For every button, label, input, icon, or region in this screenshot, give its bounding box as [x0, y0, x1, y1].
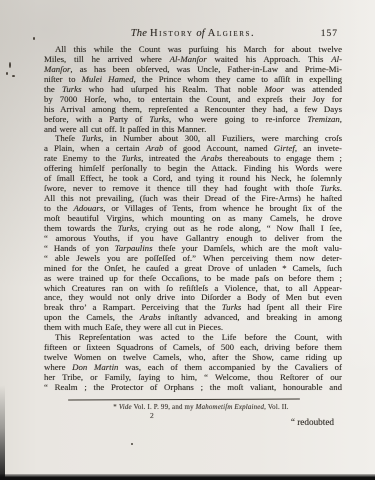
text-segment: Turks	[149, 114, 169, 124]
text-segment: Mulei Hamed	[82, 74, 134, 84]
text-segment: Al-	[331, 54, 342, 64]
text-segment: Girtef	[274, 143, 295, 153]
footnote-text: * Vide Vol. I. P. 99, and my Mahometiſm …	[56, 404, 346, 411]
ink-speck	[12, 75, 15, 77]
text-segment: of ſmall Effect, he took a Cord, and tyi…	[44, 173, 342, 183]
text-segment: , an invete-	[295, 143, 342, 153]
bottom-edge-shadow	[0, 474, 375, 480]
text-segment: , or Villages of Tents, from whence he b…	[103, 203, 342, 213]
text-segment: had ſpent all their Fire	[241, 302, 342, 312]
text-segment: Mahometiſm Explained	[196, 404, 265, 411]
text-segment: Tarpaulins	[115, 243, 153, 253]
text-segment: where	[44, 362, 72, 372]
text-segment: Arab	[146, 143, 164, 153]
text-segment: break thro’ a Rampart. Perceiving that t…	[44, 302, 222, 312]
text-segment: fifteen or ſixteen Squadrons of Camels, …	[44, 342, 342, 352]
text-segment: History	[150, 28, 194, 39]
footnote-rule	[68, 398, 300, 400]
text-segment: ance, they would not only drive into Diſ…	[44, 292, 342, 302]
text-segment: Vol. I. P. 99, and my	[132, 404, 196, 411]
text-segment: was, each of them accompanied by the Cav…	[118, 362, 342, 372]
text-segment: by 7000 Horſe, who, to entertain the Cou…	[44, 94, 342, 104]
text-segment: the	[44, 84, 62, 94]
text-segment: , crying out as he rode along, “ Now ſha…	[137, 223, 342, 233]
text-line: “ Realm ; the Protector of Orphans ; the…	[44, 383, 342, 393]
text-segment: The	[131, 28, 150, 39]
text-segment: Don Martin	[72, 362, 118, 372]
running-title: The History of Algiers.	[44, 28, 342, 39]
text-segment: Turks	[62, 84, 82, 94]
text-segment: , Vol. II.	[264, 404, 289, 411]
text-segment: niſter to	[44, 74, 82, 84]
text-segment: to the	[44, 203, 73, 213]
text-segment: of	[194, 28, 208, 39]
text-segment: Vide	[119, 404, 132, 411]
text-segment: Miles, till he arrived where	[44, 54, 170, 64]
text-segment: inſtantly advanced, and breaking in amon…	[161, 312, 342, 322]
text-segment: “ Hands of yon	[44, 243, 115, 253]
catchword: “ redoubted	[44, 417, 334, 427]
ink-speck	[6, 72, 8, 75]
text-segment: Turks	[320, 183, 340, 193]
text-segment: Tremizan	[307, 114, 339, 124]
text-segment: before, with a Party of	[44, 114, 149, 124]
text-segment: was attended	[284, 84, 342, 94]
text-segment: Turks	[122, 153, 142, 163]
text-segment: Al-Manſor	[170, 54, 207, 64]
text-segment: theſe your Damſels, which are the moſt v…	[153, 243, 342, 253]
text-segment: Moor	[265, 84, 285, 94]
text-segment: mined for the Onſet, he cauſed a great D…	[44, 263, 342, 273]
text-segment: Adouars	[73, 203, 103, 213]
text-segment: thereabouts to engage them ;	[222, 153, 342, 163]
ink-speck	[9, 62, 11, 68]
text-segment: , in Number about 300, all Fuziliers, we…	[101, 133, 342, 143]
page-header: The History of Algiers. 157	[44, 28, 342, 42]
text-segment: All this while the Count was purſuing hi…	[55, 44, 342, 54]
text-segment: ,	[340, 114, 342, 124]
text-segment: upon the Camels, the	[44, 312, 140, 322]
text-segment: Manſor	[44, 64, 70, 74]
text-segment: offering himſelf perſonally to begin the…	[44, 163, 342, 173]
text-segment: ſwore, never to remove it thence till th…	[44, 183, 320, 193]
text-segment: Turks	[118, 223, 138, 233]
book-page-scan: The History of Algiers. 157 All this whi…	[0, 0, 375, 480]
text-segment: “ Realm ; the Protector of Orphans ; the…	[44, 382, 342, 392]
text-segment: Algiers.	[208, 28, 256, 39]
text-segment: moſt beautiful Virgins, which mounting o…	[44, 213, 342, 223]
text-segment: Turks	[222, 302, 242, 312]
text-segment: “ able Jewels you are poſſeſſed of.” Whe…	[44, 253, 342, 263]
text-segment: , who were going to re-inforce	[169, 114, 307, 124]
text-segment: , intreated the	[141, 153, 201, 163]
text-segment: Arabs	[201, 153, 222, 163]
text-segment: This Repreſentation was acted to the Lif…	[55, 332, 342, 342]
ink-speck	[33, 37, 35, 40]
text-segment: them towards the	[44, 223, 118, 233]
text-segment: which Creatures ran on with ſo reſiſtleſ…	[44, 283, 342, 293]
text-segment: All this not prevailing, (ſuch was their…	[44, 193, 342, 203]
text-segment: them with much Eaſe, they were all cut i…	[44, 322, 223, 332]
text-segment: and were all cut off. It paſſed in this …	[44, 124, 206, 134]
page-number: 157	[321, 29, 338, 39]
text-segment: Turks	[82, 133, 102, 143]
text-segment: rate Enemy to the	[44, 153, 122, 163]
text-segment: waited his Approach. This	[207, 54, 332, 64]
text-segment: , as has been obſerved, was Uncle, Fathe…	[70, 64, 342, 74]
left-edge-shadow	[0, 385, 5, 480]
text-segment: of good Account, named	[163, 143, 274, 153]
text-segment: Arabs	[140, 312, 161, 322]
text-segment: his Arrival among them, repreſented a Re…	[44, 104, 342, 114]
body-text: All this while the Count was purſuing hi…	[44, 45, 342, 393]
text-segment: as were trained up for theſe Occaſions, …	[44, 273, 342, 283]
text-segment: her Tribe, or Family, ſaying to him, “ W…	[44, 372, 342, 382]
text-segment: Theſe	[55, 133, 82, 143]
text-segment: a Plain, when a certain	[44, 143, 146, 153]
text-segment: who had uſurped his Realm. That noble	[82, 84, 265, 94]
text-segment: twelve Women on twelve Camels, who, afte…	[44, 352, 342, 362]
ink-speck	[131, 443, 133, 445]
text-segment: .	[340, 183, 342, 193]
text-segment: “ amorous Youths, if you have Gallantry …	[44, 233, 342, 243]
text-segment: , the Prince whom they came to aſſiſt in…	[134, 74, 342, 84]
